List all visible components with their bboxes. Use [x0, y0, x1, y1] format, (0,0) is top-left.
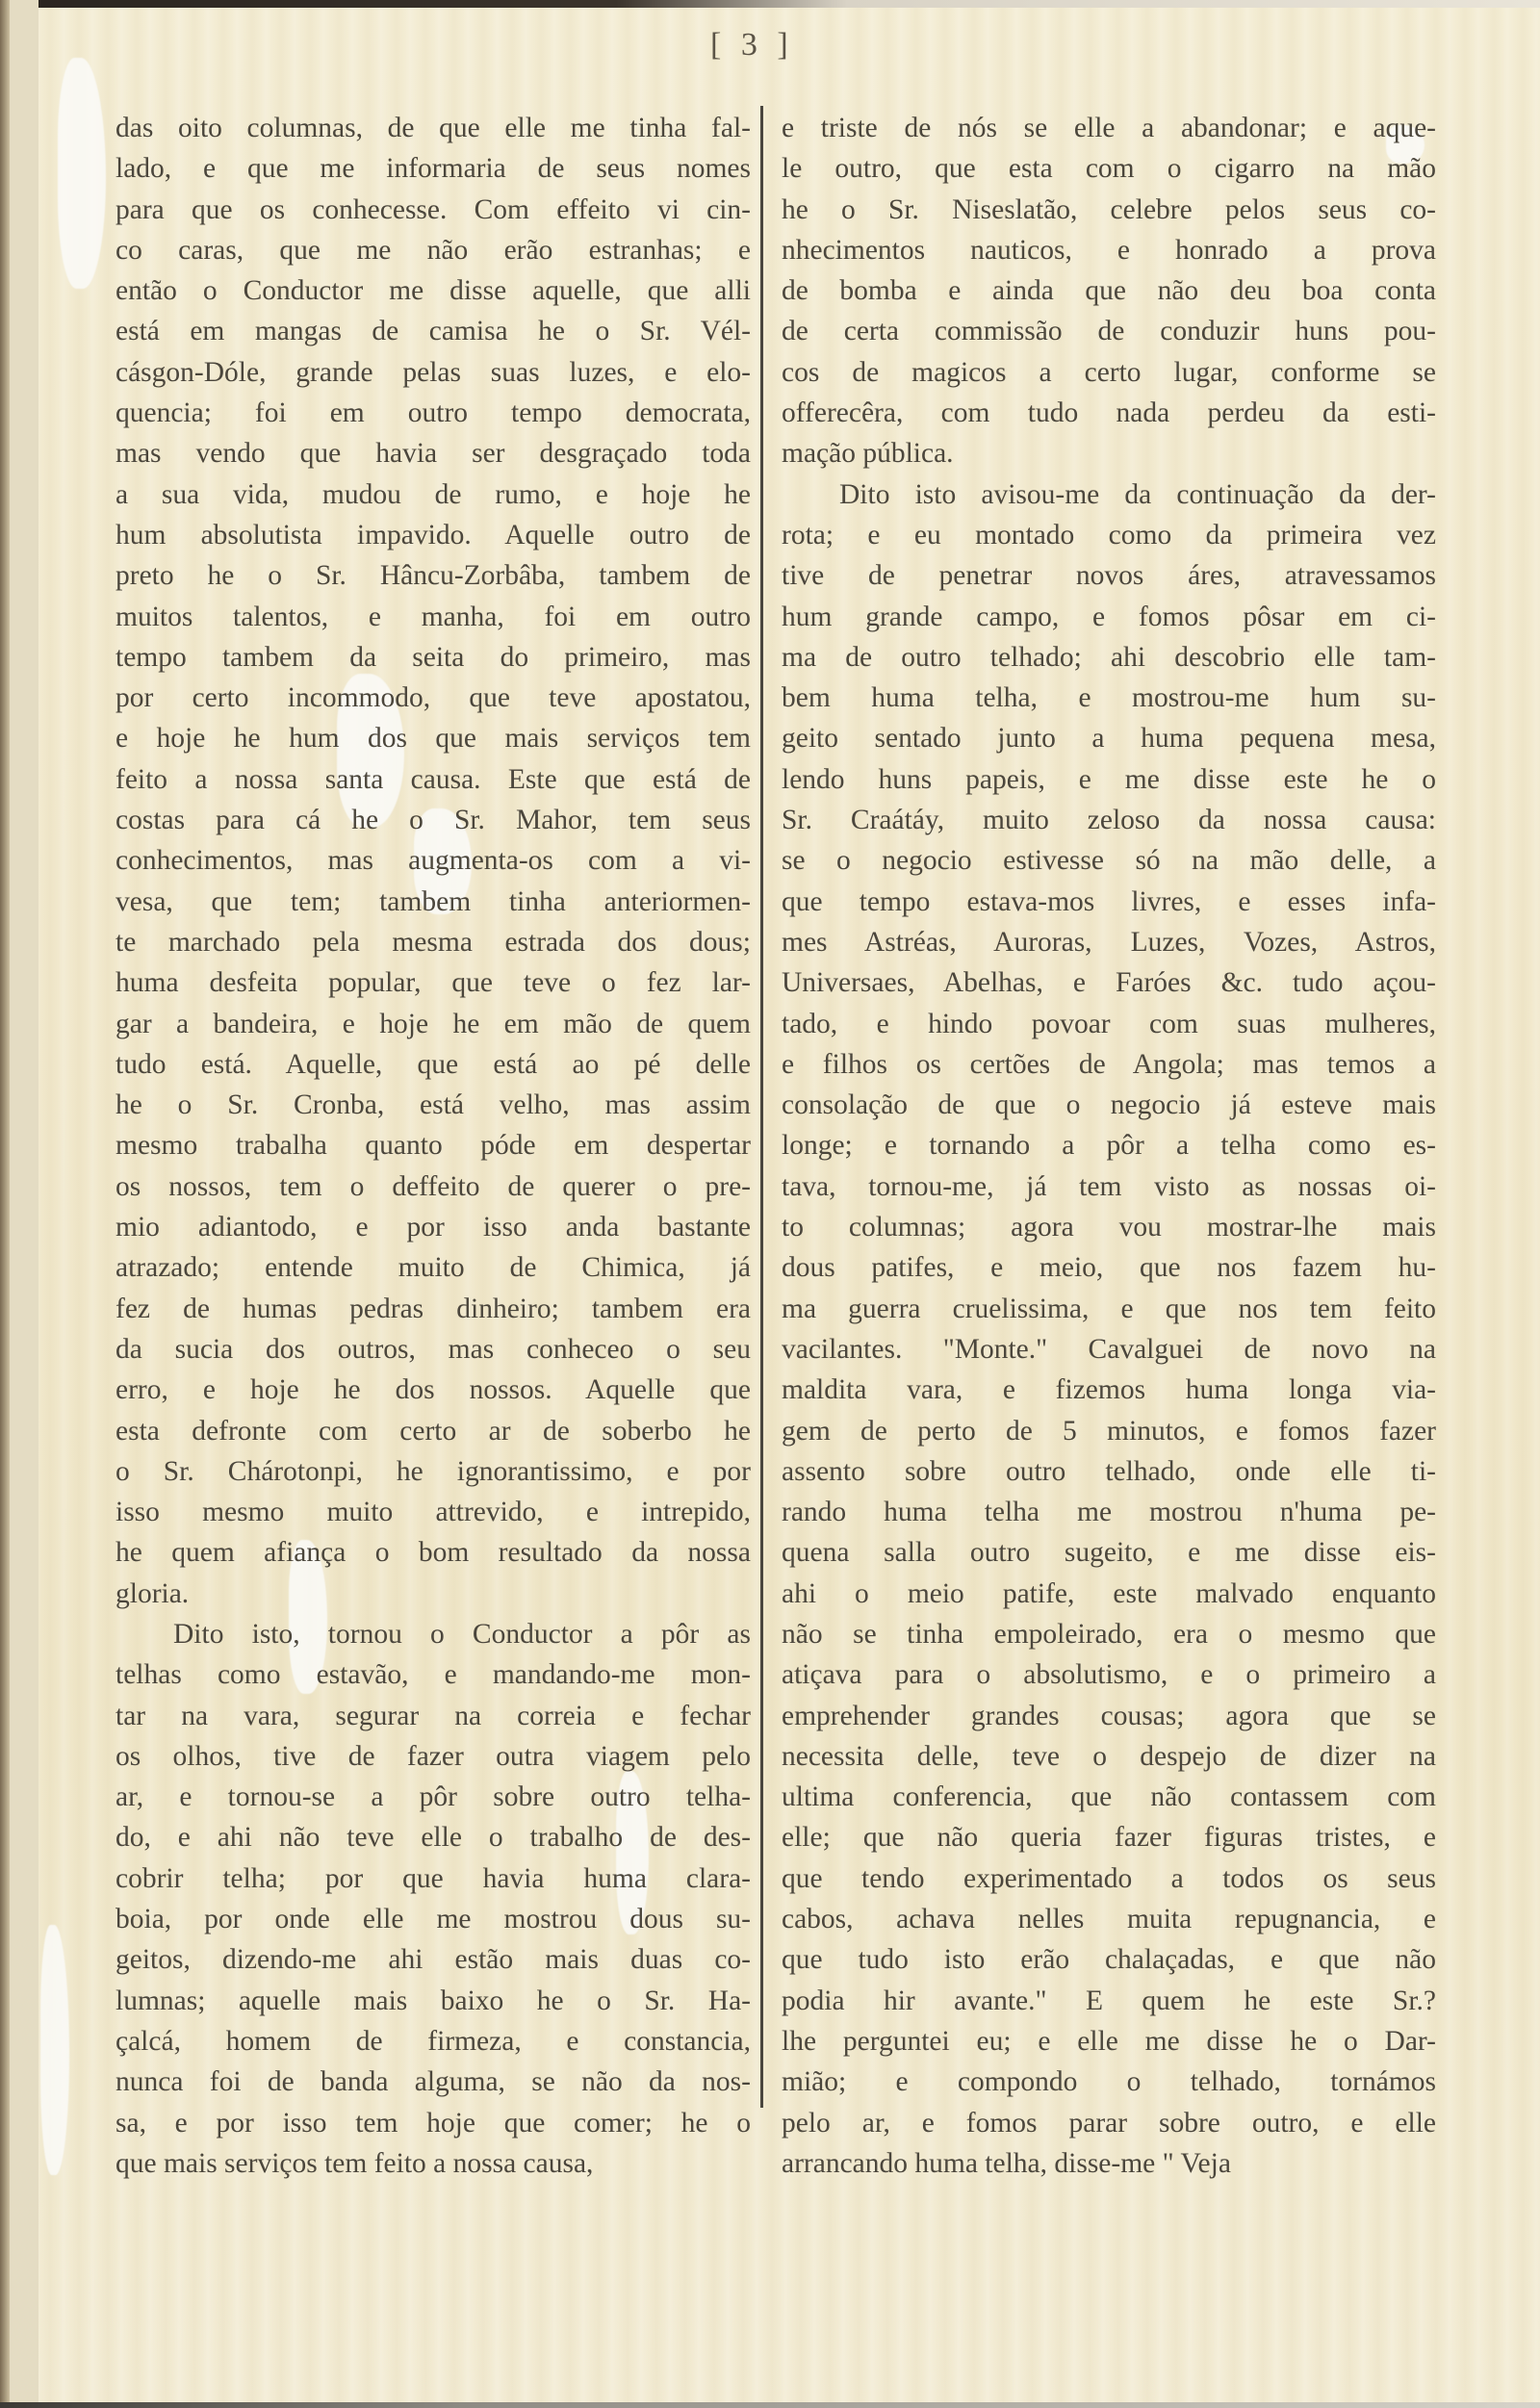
- text-line: geitos, dizendo-me ahi estão mais duas c…: [115, 1939, 751, 1980]
- text-line: lendo huns papeis, e me disse este he o: [782, 759, 1436, 800]
- text-line: de bomba e ainda que não deu boa conta: [782, 270, 1436, 311]
- text-line: mação pública.: [782, 433, 1436, 474]
- text-line: das oito columnas, de que elle me tinha …: [115, 108, 751, 148]
- text-line: rota; e eu montado como da primeira vez: [782, 515, 1436, 555]
- text-line: que tempo estava-mos livres, e esses inf…: [782, 882, 1436, 922]
- page-binding-edge: [0, 0, 10, 2408]
- text-line: está em mangas de camisa he o Sr. Vél-: [115, 311, 751, 351]
- text-line: cobrir telha; por que havia huma clara-: [115, 1858, 751, 1899]
- text-line: cásgon-Dóle, grande pelas suas luzes, e …: [115, 352, 751, 393]
- text-line: mes Astréas, Auroras, Luzes, Vozes, Astr…: [782, 922, 1436, 962]
- text-column-right: e triste de nós se elle a abandonar; e a…: [782, 108, 1436, 2184]
- text-line: mião; e compondo o telhado, tornámos: [782, 2062, 1436, 2102]
- text-line: to columnas; agora vou mostrar-lhe mais: [782, 1207, 1436, 1247]
- text-line: erro, e hoje he dos nossos. Aquelle que: [115, 1370, 751, 1410]
- text-line: os olhos, tive de fazer outra viagem pel…: [115, 1736, 751, 1777]
- paper-damage-stain: [58, 58, 106, 289]
- text-line: he quem afiança o bom resultado da nossa: [115, 1532, 751, 1573]
- text-line: mesmo trabalha quanto póde em despertar: [115, 1125, 751, 1166]
- text-line: e triste de nós se elle a abandonar; e a…: [782, 108, 1436, 148]
- text-line: tive de penetrar novos áres, atravessamo…: [782, 555, 1436, 596]
- text-line: preto he o Sr. Hâncu-Zorbâba, tambem de: [115, 555, 751, 596]
- text-line: fez de humas pedras dinheiro; tambem era: [115, 1289, 751, 1329]
- text-line: ultima conferencia, que não contassem co…: [782, 1777, 1436, 1817]
- text-line: e hoje he hum dos que mais serviços tem: [115, 718, 751, 758]
- text-line: da sucia dos outros, mas conheceo o seu: [115, 1329, 751, 1370]
- text-line: esta defronte com certo ar de soberbo he: [115, 1411, 751, 1451]
- text-line: que tendo experimentado a todos os seus: [782, 1858, 1436, 1899]
- text-line: atrazado; entende muito de Chimica, já: [115, 1247, 751, 1288]
- text-line: nhecimentos nauticos, e honrado a prova: [782, 230, 1436, 270]
- text-line: longe; e tornando a pôr a telha como es-: [782, 1125, 1436, 1166]
- text-line: de certa commissão de conduzir huns pou-: [782, 311, 1436, 351]
- text-line: gar a bandeira, e hoje he em mão de quem: [115, 1004, 751, 1044]
- text-line: os nossos, tem o deffeito de querer o pr…: [115, 1166, 751, 1207]
- text-line: tado, e hindo povoar com suas mulheres,: [782, 1004, 1436, 1044]
- text-line: offerecêra, com tudo nada perdeu da esti…: [782, 393, 1436, 433]
- text-line: muitos talentos, e manha, foi em outro: [115, 597, 751, 637]
- text-line: hum grande campo, e fomos pôsar em ci-: [782, 597, 1436, 637]
- text-line: vacilantes. "Monte." Cavalguei de novo n…: [782, 1329, 1436, 1370]
- text-line: e filhos os certões de Angola; mas temos…: [782, 1044, 1436, 1085]
- text-line: arrancando huma telha, disse-me " Veja: [782, 2143, 1436, 2184]
- text-line: ar, e tornou-se a pôr sobre outro telha-: [115, 1777, 751, 1817]
- text-line: te marchado pela mesma estrada dos dous;: [115, 922, 751, 962]
- text-line: ma guerra cruelissima, e que nos tem fei…: [782, 1289, 1436, 1329]
- text-line: consolação de que o negocio já esteve ma…: [782, 1085, 1436, 1125]
- text-line: huma desfeita popular, que teve o fez la…: [115, 962, 751, 1003]
- column-divider: [760, 106, 763, 2108]
- page-bottom-edge: [0, 2402, 1540, 2408]
- text-line: o Sr. Chárotonpi, he ignorantissimo, e p…: [115, 1451, 751, 1492]
- text-line: nunca foi de banda alguma, se não da nos…: [115, 2062, 751, 2102]
- text-line: gloria.: [115, 1574, 751, 1614]
- text-line: ma de outro telhado; ahi descobrio elle …: [782, 637, 1436, 678]
- text-line: co caras, que me não erão estranhas; e: [115, 230, 751, 270]
- text-line: podia hir avante." E quem he este Sr.?: [782, 1981, 1436, 2021]
- text-line: cabos, achava nelles muita repugnancia, …: [782, 1899, 1436, 1939]
- text-line: maldita vara, e fizemos huma longa via-: [782, 1370, 1436, 1410]
- text-line: mio adiantodo, e por isso anda bastante: [115, 1207, 751, 1247]
- text-line: costas para cá he o Sr. Mahor, tem seus: [115, 800, 751, 840]
- text-line: do, e ahi não teve elle o trabalho de de…: [115, 1817, 751, 1857]
- text-line: geito sentado junto a huma pequena mesa,: [782, 718, 1436, 758]
- text-line: he o Sr. Cronba, está velho, mas assim: [115, 1085, 751, 1125]
- text-line: Dito isto avisou-me da continuação da de…: [782, 474, 1436, 515]
- text-line: se o negocio estivesse só na mão delle, …: [782, 840, 1436, 881]
- text-line: gem de perto de 5 minutos, e fomos fazer: [782, 1411, 1436, 1451]
- text-line: feito a nossa santa causa. Este que está…: [115, 759, 751, 800]
- text-line: ahi o meio patife, este malvado enquanto: [782, 1574, 1436, 1614]
- text-line: lado, e que me informaria de seus nomes: [115, 148, 751, 189]
- text-line: Universaes, Abelhas, e Faróes &c. tudo a…: [782, 962, 1436, 1003]
- text-line: quencia; foi em outro tempo democrata,: [115, 393, 751, 433]
- text-line: não se tinha empoleirado, era o mesmo qu…: [782, 1614, 1436, 1654]
- text-line: vesa, que tem; tambem tinha anteriormen-: [115, 882, 751, 922]
- text-line: assento sobre outro telhado, onde elle t…: [782, 1451, 1436, 1492]
- text-line: telhas como estavão, e mandando-me mon-: [115, 1654, 751, 1695]
- text-line: lumnas; aquelle mais baixo he o Sr. Ha-: [115, 1981, 751, 2021]
- text-line: conhecimentos, mas augmenta-os com a vi-: [115, 840, 751, 881]
- text-line: elle; que não queria fazer figuras trist…: [782, 1817, 1436, 1857]
- text-line: então o Conductor me disse aquelle, que …: [115, 270, 751, 311]
- text-line: tava, tornou-me, já tem visto as nossas …: [782, 1166, 1436, 1207]
- text-column-left: das oito columnas, de que elle me tinha …: [115, 108, 751, 2184]
- text-line: Sr. Craátáy, muito zeloso da nossa causa…: [782, 800, 1436, 840]
- text-line: isso mesmo muito attrevido, e intrepido,: [115, 1492, 751, 1532]
- text-line: lhe perguntei eu; e elle me disse he o D…: [782, 2021, 1436, 2062]
- text-line: sa, e por isso tem hoje que comer; he o: [115, 2103, 751, 2143]
- text-line: tar na vara, segurar na correia e fechar: [115, 1696, 751, 1736]
- text-line: cos de magicos a certo lugar, conforme s…: [782, 352, 1436, 393]
- text-line: necessita delle, teve o despejo de dizer…: [782, 1736, 1436, 1777]
- text-line: he o Sr. Niseslatão, celebre pelos seus …: [782, 190, 1436, 230]
- text-line: quena salla outro sugeito, e me disse ei…: [782, 1532, 1436, 1573]
- text-line: que tudo isto erão chalaçadas, e que não: [782, 1939, 1436, 1980]
- text-line: emprehender grandes cousas; agora que se: [782, 1696, 1436, 1736]
- text-line: çalcá, homem de firmeza, e constancia,: [115, 2021, 751, 2062]
- text-line: hum absolutista impavido. Aquelle outro …: [115, 515, 751, 555]
- text-line: tempo tambem da seita do primeiro, mas: [115, 637, 751, 678]
- text-line: por certo incommodo, que teve apostatou,: [115, 678, 751, 718]
- page-top-edge: [0, 0, 1540, 8]
- text-line: bem huma telha, e mostrou-me hum su-: [782, 678, 1436, 718]
- page-number: [ 3 ]: [710, 27, 794, 64]
- page-left-margin: [10, 0, 38, 2408]
- text-line: le outro, que esta com o cigarro na mão: [782, 148, 1436, 189]
- text-line: atiçava para o absolutismo, e o primeiro…: [782, 1654, 1436, 1695]
- paper-damage-stain: [40, 1925, 69, 2175]
- text-line: para que os conhecesse. Com effeito vi c…: [115, 190, 751, 230]
- text-line: tudo está. Aquelle, que está ao pé delle: [115, 1044, 751, 1085]
- text-line: boia, por onde elle me mostrou dous su-: [115, 1899, 751, 1939]
- text-line: a sua vida, mudou de rumo, e hoje he: [115, 474, 751, 515]
- text-line: dous patifes, e meio, que nos fazem hu-: [782, 1247, 1436, 1288]
- text-line: Dito isto, tornou o Conductor a pôr as: [115, 1614, 751, 1654]
- text-line: que mais serviços tem feito a nossa caus…: [115, 2143, 751, 2184]
- text-line: mas vendo que havia ser desgraçado toda: [115, 433, 751, 474]
- scanned-page: [ 3 ] das oito columnas, de que elle me …: [0, 0, 1540, 2408]
- text-line: rando huma telha me mostrou n'huma pe-: [782, 1492, 1436, 1532]
- text-line: pelo ar, e fomos parar sobre outro, e el…: [782, 2103, 1436, 2143]
